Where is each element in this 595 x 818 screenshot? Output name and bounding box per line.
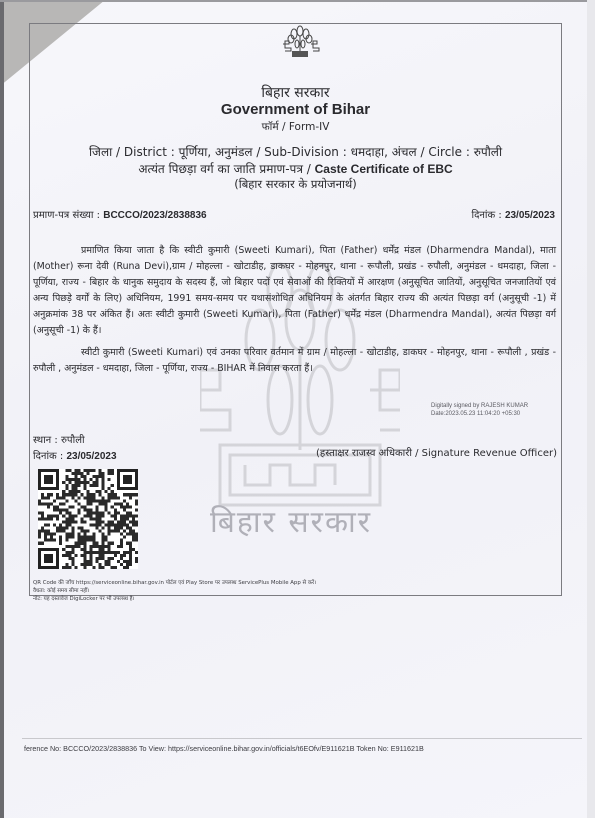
district-label: जिला / District : bbox=[89, 145, 179, 159]
certificate-number-label: प्रमाण-पत्र संख्या : bbox=[33, 210, 103, 221]
verification-notes: QR Code की जाँच https://serviceonline.bi… bbox=[33, 579, 316, 603]
qr-code-icon bbox=[38, 469, 138, 569]
header-title-hindi: बिहार सरकार bbox=[29, 83, 562, 102]
circle-label: , अंचल / Circle : bbox=[384, 145, 474, 159]
digital-signature-signer: Digitally signed by RAJESH KUMAR bbox=[431, 402, 528, 410]
scan-right-edge bbox=[587, 0, 595, 818]
place-value: रुपौली bbox=[61, 435, 85, 446]
issue-date-value: 23/05/2023 bbox=[505, 210, 555, 221]
place: स्थान : रुपौली bbox=[33, 432, 85, 446]
note-qr-verification: QR Code की जाँच https://serviceonline.bi… bbox=[33, 579, 316, 587]
note-digilocker: नोट: यह दस्तावेज DigiLocker पर भी उपलब्ध… bbox=[33, 595, 316, 603]
certificate-purpose: (बिहार सरकार के प्रयोजनार्थ) bbox=[29, 177, 562, 192]
watermark-text: बिहार सरकार bbox=[210, 500, 372, 541]
issue-date-label: दिनांक : bbox=[471, 210, 504, 221]
note-validity: वैधता: कोई समय सीमा नहीं। bbox=[33, 587, 316, 595]
subdivision-value: धमदाहा bbox=[351, 145, 385, 159]
footer-divider bbox=[22, 738, 582, 739]
certificate-title: अत्यंत पिछड़ा वर्ग का जाति प्रमाण-पत्र /… bbox=[29, 160, 562, 177]
form-number: फॉर्म / Form-IV bbox=[29, 120, 562, 134]
header-title-english: Government of Bihar bbox=[29, 101, 562, 118]
digital-signature-date: Date:2023.05.23 11:04:20 +05:30 bbox=[431, 410, 528, 418]
scan-left-edge bbox=[0, 0, 4, 818]
certificate-number: प्रमाण-पत्र संख्या : BCCCO/2023/2838836 bbox=[33, 207, 207, 221]
bihar-emblem-icon bbox=[280, 24, 320, 60]
certificate-title-hindi: अत्यंत पिछड़ा वर्ग का जाति प्रमाण-पत्र / bbox=[138, 162, 314, 176]
digital-signature: Digitally signed by RAJESH KUMAR Date:20… bbox=[431, 402, 528, 418]
circle-value: रुपौली bbox=[474, 145, 502, 159]
certificate-number-value: BCCCO/2023/2838836 bbox=[103, 210, 206, 221]
district-value: पूर्णिया bbox=[179, 145, 208, 159]
place-label: स्थान : bbox=[33, 435, 61, 446]
footer-reference: ference No: BCCCO/2023/2838836 To View: … bbox=[24, 744, 424, 753]
place-date: दिनांक : 23/05/2023 bbox=[33, 448, 117, 462]
certificate-title-english: Caste Certificate of EBC bbox=[315, 162, 453, 176]
location-line: जिला / District : पूर्णिया, अनुमंडल / Su… bbox=[29, 143, 562, 160]
scan-top-edge bbox=[0, 0, 595, 2]
certificate-body-paragraph-1: प्रमाणित किया जाता है कि स्वीटी कुमारी (… bbox=[33, 243, 556, 339]
issue-date: दिनांक : 23/05/2023 bbox=[471, 207, 555, 221]
place-date-value: 23/05/2023 bbox=[66, 451, 116, 462]
certificate-body-paragraph-2: स्वीटी कुमारी (Sweeti Kumari) एवं उनका प… bbox=[33, 345, 556, 377]
place-date-label: दिनांक : bbox=[33, 451, 66, 462]
subdivision-label: , अनुमंडल / Sub-Division : bbox=[207, 145, 350, 159]
signature-revenue-officer-label: (हस्ताक्षर राजस्व अधिकारी / Signature Re… bbox=[316, 445, 557, 459]
